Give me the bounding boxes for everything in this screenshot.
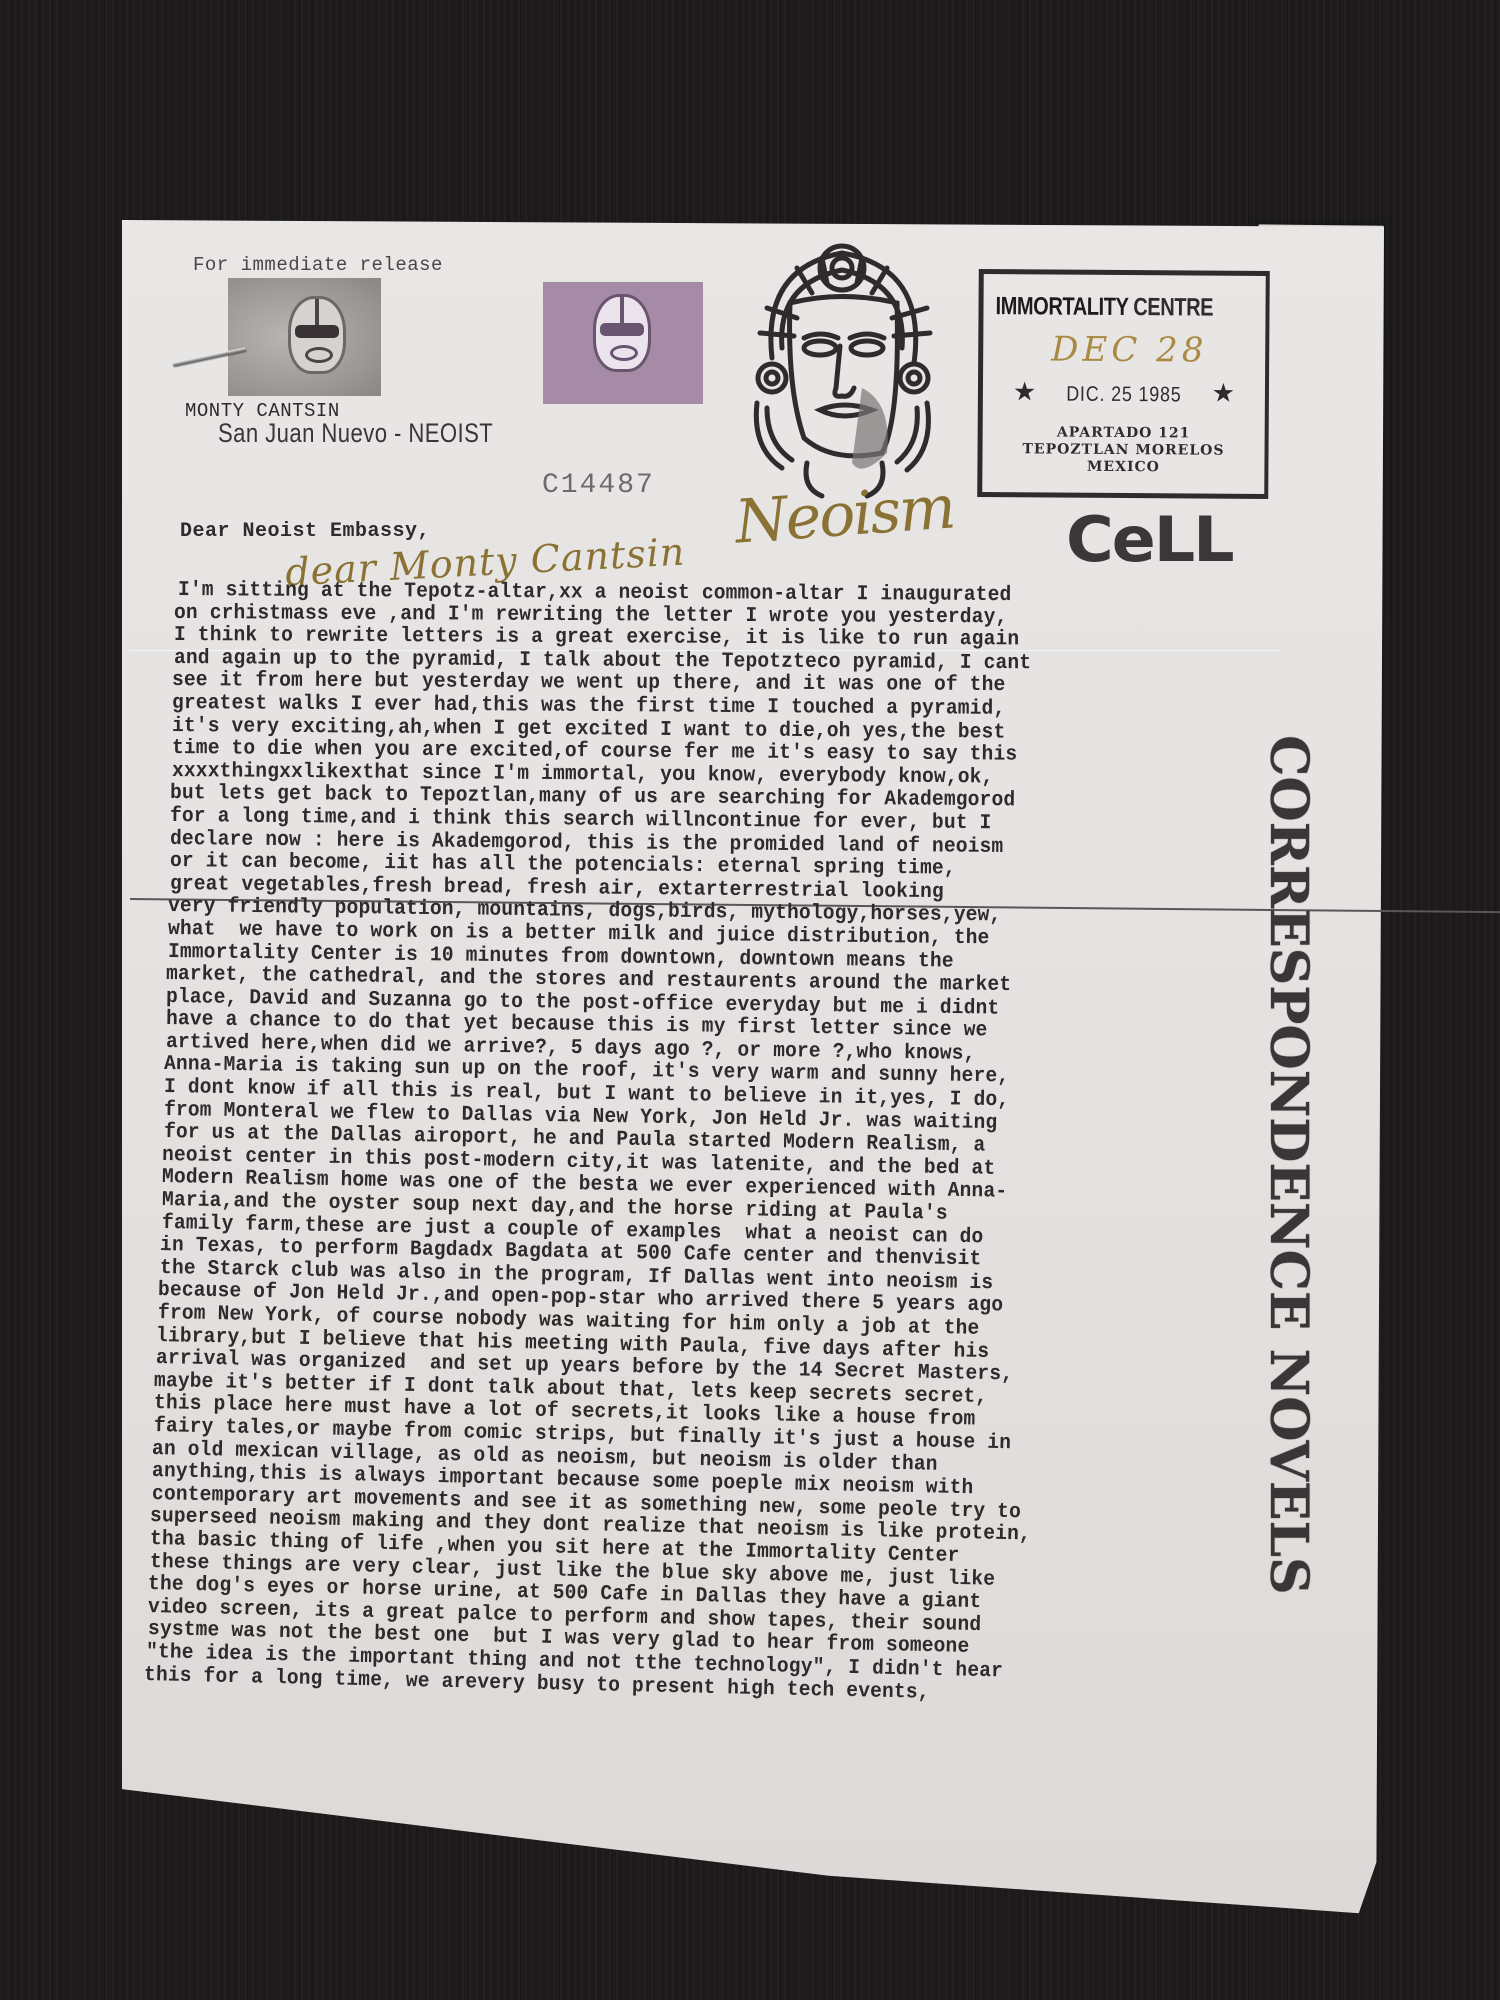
- letter-body: I'm sitting at the Tepotz-altar,xx a neo…: [178, 580, 1298, 1687]
- aztec-head-icon: [742, 238, 952, 503]
- stamp-title: IMMORTALITY CENTRE: [995, 292, 1213, 323]
- location-stamp: San Juan Nuevo - NEOIST: [218, 418, 493, 449]
- luchador-mask-icon: [288, 296, 346, 374]
- correspondence-novels-stamp: CORRESPONDENCE NOVELS: [1258, 735, 1314, 1535]
- luchador-mask-stamp-bw: [228, 278, 381, 396]
- luchador-mask-icon: [593, 294, 651, 372]
- stamp-date: DIC. 25 1985: [1004, 382, 1244, 408]
- star-icon: ★: [1212, 378, 1236, 409]
- stamp-address: APARTADO 121 TEPOZTLAN MORELOS MEXICO: [982, 424, 1264, 477]
- cell-stamp: CeLL: [1066, 503, 1233, 576]
- immortality-centre-stamp: IMMORTALITY CENTRE DEC 28 ★ DIC. 25 1985…: [977, 269, 1270, 499]
- salutation: Dear Neoist Embassy,: [180, 520, 430, 543]
- serial-number: C14487: [542, 470, 655, 501]
- handwritten-received-date: DEC 28: [1051, 329, 1207, 370]
- release-note: For immediate release: [193, 254, 443, 276]
- luchador-mask-stamp-purple: [543, 282, 703, 404]
